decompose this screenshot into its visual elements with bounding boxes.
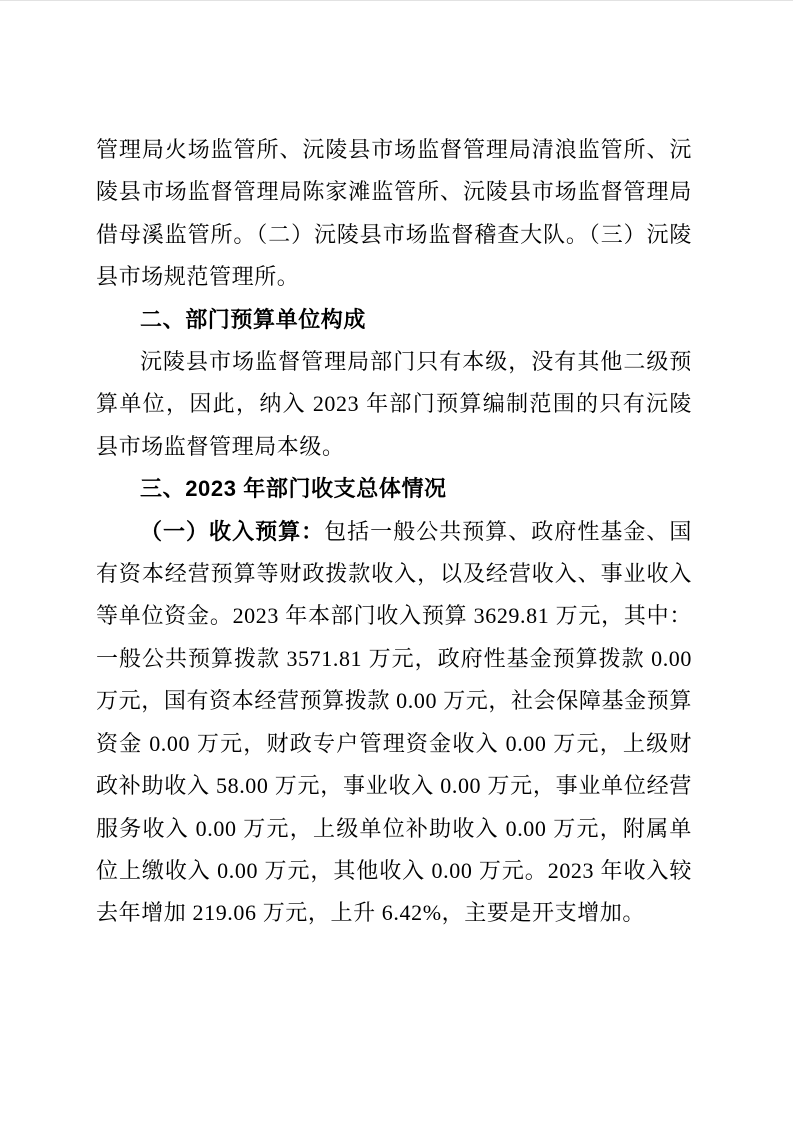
income-budget-body-text: 包括一般公共预算、政府性基金、国有资本经营预算等财政拨款收入，以及经营收入、事业…	[96, 519, 692, 926]
heading-section-2-budget-unit-composition: 二、部门预算单位构成	[96, 299, 692, 341]
paragraph-budget-unit-composition: 沅陵县市场监督管理局部门只有本级，没有其他二级预算单位，因此，纳入 2023 年…	[96, 341, 692, 468]
paragraph-income-budget: （一）收入预算：包括一般公共预算、政府性基金、国有资本经营预算等财政拨款收入，以…	[96, 511, 692, 935]
income-budget-lead-label: （一）收入预算：	[140, 519, 324, 544]
document-page: 管理局火场监管所、沅陵县市场监督管理局清浪监管所、沅陵县市场监督管理局陈家滩监管…	[0, 0, 793, 1122]
heading-section-3-overall-income-expense: 三、2023 年部门收支总体情况	[96, 468, 692, 510]
document-text-block: 管理局火场监管所、沅陵县市场监督管理局清浪监管所、沅陵县市场监督管理局陈家滩监管…	[96, 129, 692, 935]
paragraph-subordinate-units: 管理局火场监管所、沅陵县市场监督管理局清浪监管所、沅陵县市场监督管理局陈家滩监管…	[96, 129, 692, 299]
